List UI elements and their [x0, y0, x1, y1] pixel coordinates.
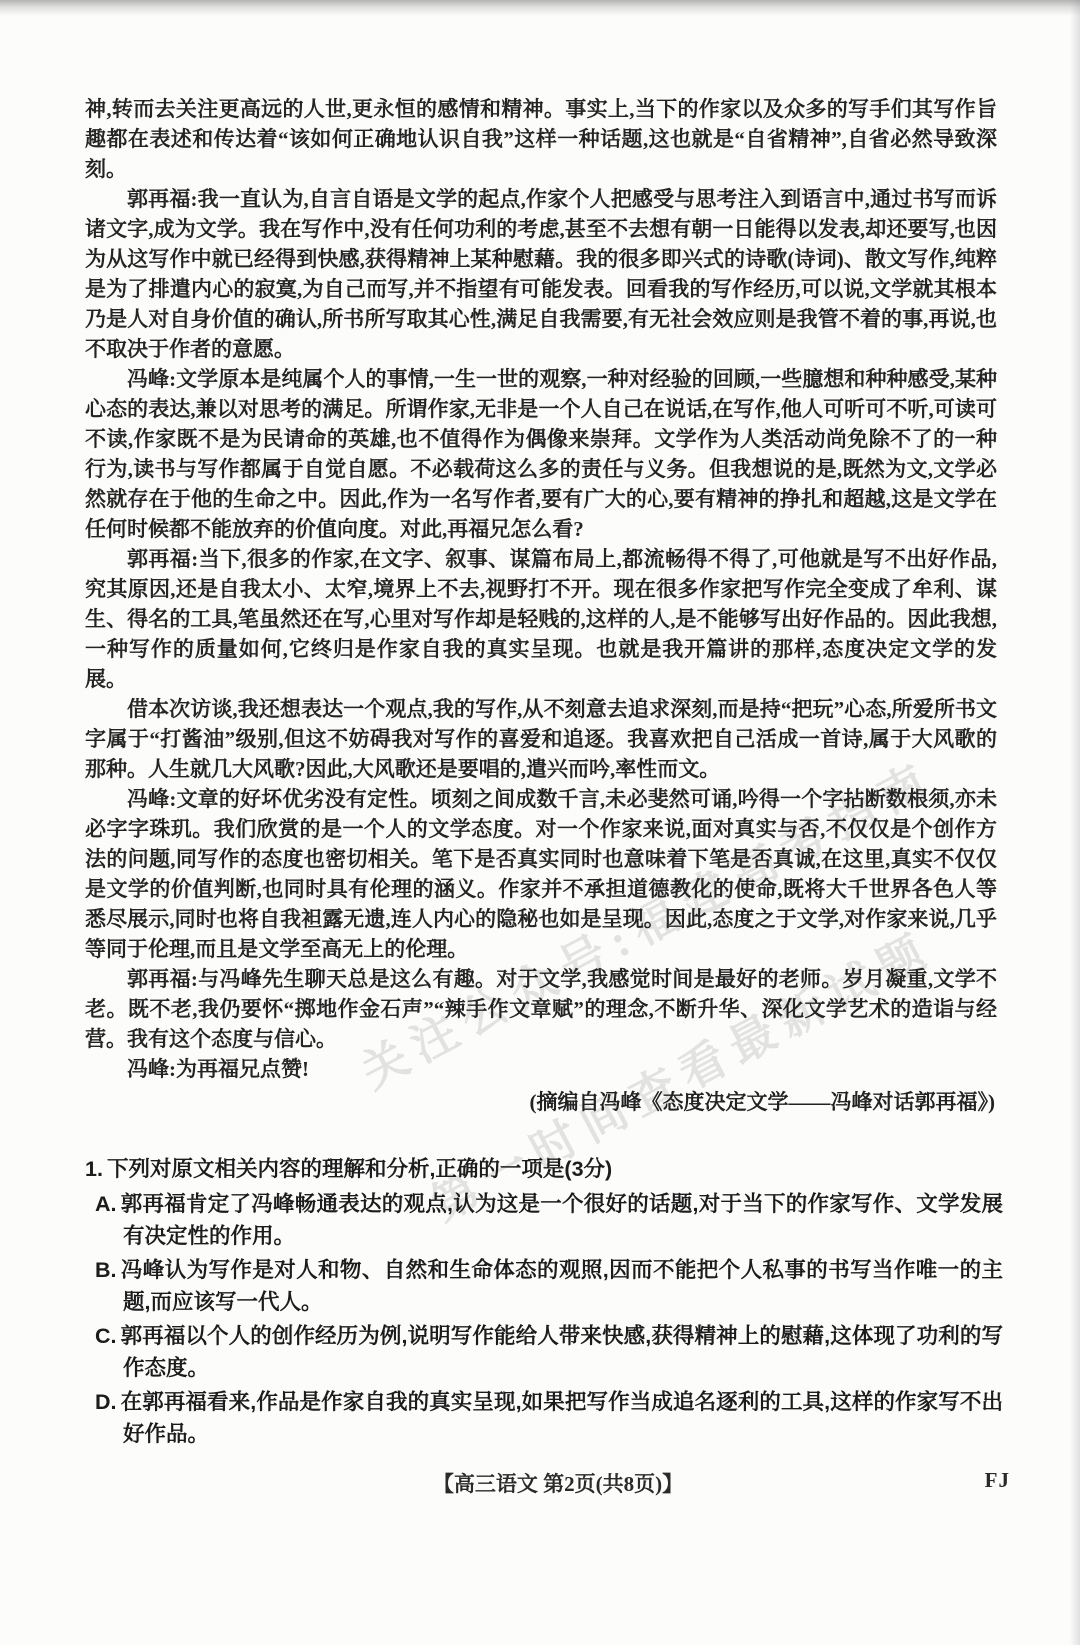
option-a: A.郭再福肯定了冯峰畅通表达的观点,认为这是一个很好的话题,对于当下的作家写作、… — [95, 1188, 1003, 1252]
page-footer: 【高三语文 第2页(共8页)】 FJ — [0, 1468, 1080, 1498]
option-c-text: 郭再福以个人的创作经历为例,说明写作能给人带来快感,获得精神上的慰藉,这体现了功… — [121, 1324, 1004, 1380]
exam-page: 关注公众号:福建高考指南 第一时间查看最新试题 神,转而去关注更高远的人世,更永… — [0, 0, 1080, 1645]
question-stem: 下列对原文相关内容的理解和分析,正确的一项是(3分) — [107, 1157, 612, 1181]
passage-paragraph-feng-1: 冯峰:文学原本是纯属个人的事情,一生一世的观察,一种对经验的回顾,一些臆想和种种… — [85, 364, 997, 544]
source-attribution: (摘编自冯峰《态度决定文学——冯峰对话郭再福》) — [85, 1086, 997, 1118]
passage-paragraph-feng-3: 冯峰:为再福兄点赞! — [85, 1054, 997, 1084]
question-number: 1. — [85, 1157, 107, 1181]
option-b-text: 冯峰认为写作是对人和物、自然和生命体态的观照,因而不能把个人私事的书写当作唯一的… — [121, 1258, 1004, 1314]
option-a-label: A. — [95, 1192, 121, 1216]
option-d-label: D. — [95, 1390, 121, 1414]
scan-edge-right — [1070, 0, 1080, 1645]
passage-paragraph-guo-3: 借本次访谈,我还想表达一个观点,我的写作,从不刻意去追求深刻,而是持“把玩”心态… — [85, 694, 997, 784]
passage-paragraph-guo-1: 郭再福:我一直认为,自言自语是文学的起点,作家个人把感受与思考注入到语言中,通过… — [85, 184, 997, 364]
footer-page-info: 【高三语文 第2页(共8页)】 — [433, 1468, 683, 1498]
passage-paragraph-guo-4: 郭再福:与冯峰先生聊天总是这么有趣。对于文学,我感觉时间是最好的老师。岁月凝重,… — [85, 964, 997, 1054]
option-d-text: 在郭再福看来,作品是作家自我的真实呈现,如果把写作当成追名逐利的工具,这样的作家… — [121, 1390, 1004, 1446]
reading-passage: 神,转而去关注更高远的人世,更永恒的感情和精神。事实上,当下的作家以及众多的写手… — [85, 94, 997, 1118]
option-d: D.在郭再福看来,作品是作家自我的真实呈现,如果把写作当成追名逐利的工具,这样的… — [95, 1386, 1003, 1450]
option-c: C.郭再福以个人的创作经历为例,说明写作能给人带来快感,获得精神上的慰藉,这体现… — [95, 1320, 1003, 1384]
passage-paragraph-feng-2: 冯峰:文章的好坏优劣没有定性。顷刻之间成数千言,未必斐然可诵,吟得一个字拈断数根… — [85, 784, 997, 964]
footer-paper-code: FJ — [985, 1468, 1010, 1493]
option-c-label: C. — [95, 1324, 121, 1348]
option-b-label: B. — [95, 1258, 121, 1282]
option-b: B.冯峰认为写作是对人和物、自然和生命体态的观照,因而不能把个人私事的书写当作唯… — [95, 1254, 1003, 1318]
question-1: 1.下列对原文相关内容的理解和分析,正确的一项是(3分) A.郭再福肯定了冯峰畅… — [85, 1152, 1003, 1450]
question-stem-line: 1.下列对原文相关内容的理解和分析,正确的一项是(3分) — [85, 1152, 1003, 1186]
scan-edge-top — [0, 0, 1080, 16]
passage-paragraph-guo-2: 郭再福:当下,很多的作家,在文字、叙事、谋篇布局上,都流畅得不得了,可他就是写不… — [85, 544, 997, 694]
option-a-text: 郭再福肯定了冯峰畅通表达的观点,认为这是一个很好的话题,对于当下的作家写作、文学… — [121, 1192, 1004, 1248]
passage-paragraph-continuation: 神,转而去关注更高远的人世,更永恒的感情和精神。事实上,当下的作家以及众多的写手… — [85, 94, 997, 184]
